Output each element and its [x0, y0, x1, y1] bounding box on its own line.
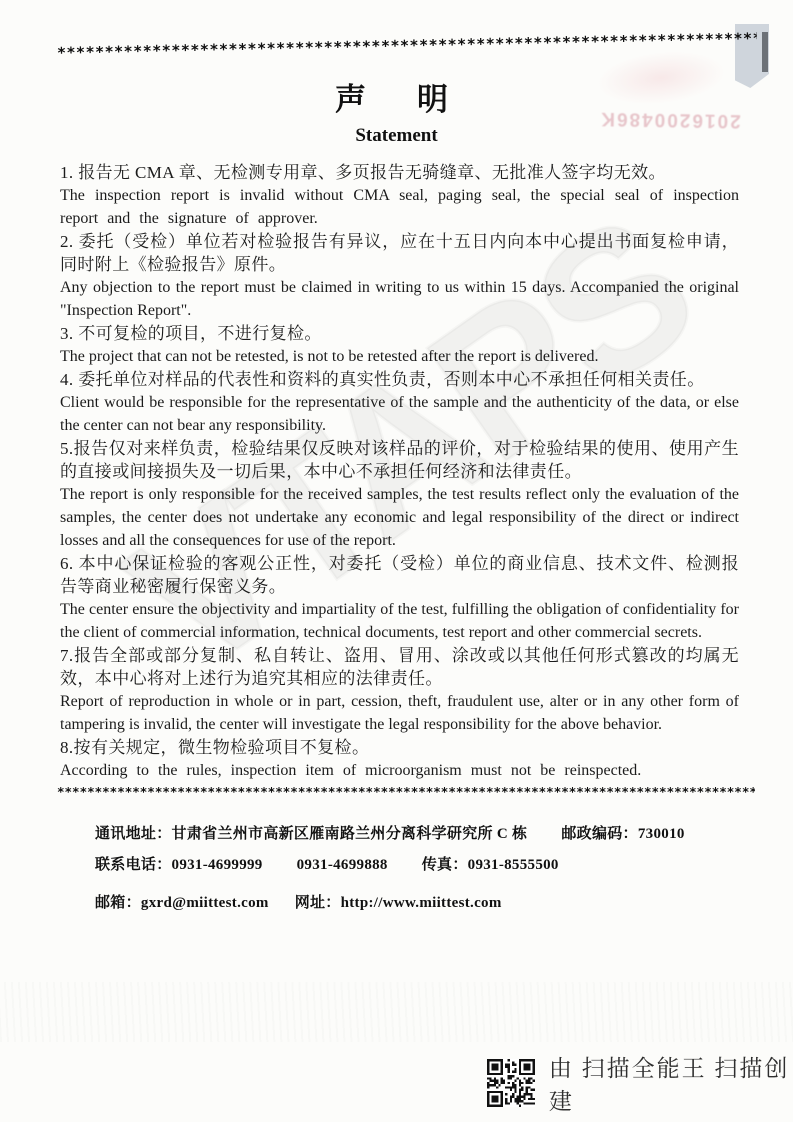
- statement-item: 2. 委托（受检）单位若对检验报告有异议，应在十五日内向本中心提出书面复检申请，…: [60, 230, 739, 322]
- address-value: 甘肃省兰州市高新区雁南路兰州分离科学研究所 C 栋: [172, 826, 528, 842]
- email-label: 邮箱：: [95, 895, 141, 911]
- postcode-value: 730010: [638, 826, 685, 842]
- contact-block: 通讯地址：甘肃省兰州市高新区雁南路兰州分离科学研究所 C 栋邮政编码：73001…: [95, 819, 793, 919]
- statement-item: 5.报告仅对来样负责，检验结果仅反映对该样品的评价，对于检验结果的使用、使用产生…: [60, 437, 739, 552]
- statement-item: 1. 报告无 CMA 章、无检测专用章、多页报告无骑缝章、无批准人签字均无效。 …: [60, 161, 739, 230]
- contact-phone-row: 联系电话：0931-46999990931-4699888传真：0931-855…: [95, 850, 793, 881]
- website-value: http://www.miittest.com: [341, 895, 502, 911]
- statement-item: 3. 不可复检的项目，不进行复检。 The project that can n…: [60, 322, 739, 368]
- scan-noise-band: [0, 982, 793, 1042]
- phone2-value: 0931-4699888: [297, 857, 388, 873]
- statement-body: 1. 报告无 CMA 章、无检测专用章、多页报告无骑缝章、无批准人签字均无效。 …: [60, 161, 739, 782]
- statement-item-cn: 8.按有关规定，微生物检验项目不复检。: [60, 736, 739, 759]
- statement-item-cn: 1. 报告无 CMA 章、无检测专用章、多页报告无骑缝章、无批准人签字均无效。: [60, 161, 739, 184]
- scan-corner-bar: [762, 32, 768, 72]
- statement-item-en: The center ensure the objectivity and im…: [60, 598, 739, 644]
- statement-item-en: According to the rules, inspection item …: [60, 759, 739, 782]
- statement-item-cn: 5.报告仅对来样负责，检验结果仅反映对该样品的评价，对于检验结果的使用、使用产生…: [60, 437, 739, 483]
- fax-value: 0931-8555500: [468, 857, 559, 873]
- statement-item-cn: 4. 委托单位对样品的代表性和资料的真实性负责，否则本中心不承担任何相关责任。: [60, 368, 739, 391]
- statement-item-en: The report is only responsible for the r…: [60, 483, 739, 552]
- statement-item-cn: 2. 委托（受检）单位若对检验报告有异议，应在十五日内向本中心提出书面复检申请，…: [60, 230, 739, 276]
- stamp-serial-number: 2016200486K: [584, 107, 756, 132]
- statement-item-cn: 6. 本中心保证检验的客观公正性，对委托（受检）单位的商业信息、技术文件、检测报…: [60, 552, 739, 598]
- scan-credit-text: 由 扫描全能王 扫描创建: [549, 1050, 793, 1116]
- asterisk-separator-bottom: ****************************************…: [57, 784, 755, 799]
- phone1-value: 0931-4699999: [172, 857, 263, 873]
- statement-item: 6. 本中心保证检验的客观公正性，对委托（受检）单位的商业信息、技术文件、检测报…: [60, 552, 739, 644]
- website-label: 网址：: [295, 895, 341, 911]
- postcode-label: 邮政编码：: [561, 826, 638, 842]
- contact-address-row: 通讯地址：甘肃省兰州市高新区雁南路兰州分离科学研究所 C 栋邮政编码：73001…: [95, 819, 793, 850]
- statement-item-en: Client would be responsible for the repr…: [60, 391, 739, 437]
- address-label: 通讯地址：: [95, 826, 172, 842]
- email-value: gxrd@miittest.com: [141, 895, 269, 911]
- scanned-statement-page: VTAPS 2016200486K **********************…: [0, 0, 793, 1122]
- scan-credit: 由 扫描全能王 扫描创建: [487, 1052, 793, 1114]
- qr-code-icon: [487, 1055, 535, 1111]
- contact-email-row: 邮箱：gxrd@miittest.com网址：http://www.miitte…: [95, 888, 793, 919]
- statement-item-en: The inspection report is invalid without…: [60, 184, 739, 230]
- statement-item-cn: 7.报告全部或部分复制、私自转让、盗用、冒用、涂改或以其他任何形式篡改的均属无效…: [60, 644, 739, 690]
- statement-item: 8.按有关规定，微生物检验项目不复检。 According to the rul…: [60, 736, 739, 782]
- statement-item: 7.报告全部或部分复制、私自转让、盗用、冒用、涂改或以其他任何形式篡改的均属无效…: [60, 644, 739, 736]
- statement-item-en: Any objection to the report must be clai…: [60, 276, 739, 322]
- statement-item-en: Report of reproduction in whole or in pa…: [60, 690, 739, 736]
- statement-item-cn: 3. 不可复检的项目，不进行复检。: [60, 322, 739, 345]
- fax-label: 传真：: [422, 857, 468, 873]
- phone-label: 联系电话：: [95, 857, 172, 873]
- statement-item: 4. 委托单位对样品的代表性和资料的真实性负责，否则本中心不承担任何相关责任。 …: [60, 368, 739, 437]
- statement-item-en: The project that can not be retested, is…: [60, 345, 739, 368]
